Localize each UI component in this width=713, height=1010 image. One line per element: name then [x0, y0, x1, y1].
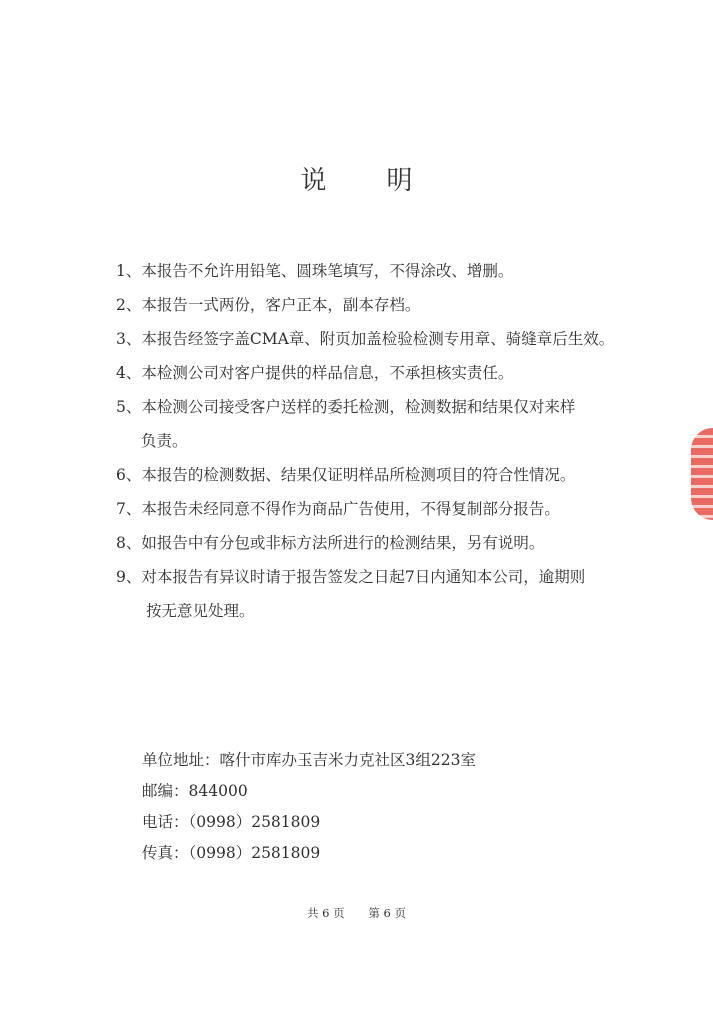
list-item: 2、本报告一式两份，客户正本，副本存档。	[116, 288, 676, 322]
notes-list: 1、本报告不允许用铅笔、圆珠笔填写，不得涂改、增删。 2、本报告一式两份，客户正…	[116, 254, 676, 628]
current-page: 第 6 页	[368, 906, 406, 920]
item-text: 本报告不允许用铅笔、圆珠笔填写，不得涂改、增删。	[141, 262, 513, 280]
contact-info: 单位地址：喀什市库办玉吉米力克社区3组223室 邮编：844000 电话：（09…	[142, 745, 476, 869]
item-text: 本报告一式两份，客户正本，副本存档。	[141, 296, 420, 314]
list-item: 9、对本报告有异议时请于报告签发之日起7日内通知本公司，逾期则 按无意见处理。	[116, 560, 676, 628]
postcode-row: 邮编：844000	[142, 776, 476, 807]
list-item: 4、本检测公司对客户提供的样品信息，不承担核实责任。	[116, 356, 676, 390]
list-item: 7、本报告未经同意不得作为商品广告使用，不得复制部分报告。	[116, 492, 676, 526]
address-row: 单位地址：喀什市库办玉吉米力克社区3组223室	[142, 745, 476, 776]
item-number: 6、	[116, 466, 141, 484]
item-text: 本报告未经同意不得作为商品广告使用，不得复制部分报告。	[141, 500, 560, 518]
item-number: 9、	[116, 568, 141, 586]
item-text: 本报告的检测数据、结果仅证明样品所检测项目的符合性情况。	[141, 466, 575, 484]
phone-value: （0998）2581809	[189, 813, 321, 831]
item-text: 对本报告有异议时请于报告签发之日起7日内通知本公司，逾期则	[141, 568, 585, 586]
title-char-2: 明	[387, 166, 473, 196]
item-number: 1、	[116, 262, 141, 280]
item-number: 4、	[116, 364, 141, 382]
item-number: 3、	[116, 330, 141, 348]
total-pages: 共 6 页	[307, 906, 345, 920]
item-number: 8、	[116, 534, 141, 552]
list-item: 6、本报告的检测数据、结果仅证明样品所检测项目的符合性情况。	[116, 458, 676, 492]
item-number: 7、	[116, 500, 141, 518]
item-number: 2、	[116, 296, 141, 314]
address-value: 喀什市库办玉吉米力克社区3组223室	[220, 751, 476, 769]
phone-label: 电话：	[142, 813, 189, 831]
title-char-1: 说	[300, 166, 386, 196]
item-text: 本检测公司接受客户送样的委托检测，检测数据和结果仅对来样	[141, 398, 575, 416]
list-item: 3、本报告经签字盖CMA章、附页加盖检验检测专用章、骑缝章后生效。	[116, 322, 676, 356]
item-number: 5、	[116, 398, 141, 416]
item-text: 如报告中有分包或非标方法所进行的检测结果，另有说明。	[141, 534, 544, 552]
item-text: 本报告经签字盖CMA章、附页加盖检验检测专用章、骑缝章后生效。	[141, 330, 614, 348]
red-seal-stamp-icon	[691, 428, 713, 520]
page-footer: 共 6 页 第 6 页	[0, 905, 713, 921]
phone-row: 电话：（0998）2581809	[142, 807, 476, 838]
item-continuation: 负责。	[116, 424, 676, 458]
item-continuation: 按无意见处理。	[116, 594, 676, 628]
fax-row: 传真：（0998）2581809	[142, 838, 476, 869]
postcode-label: 邮编：	[142, 782, 189, 800]
fax-value: （0998）2581809	[189, 844, 321, 862]
item-text: 本检测公司对客户提供的样品信息，不承担核实责任。	[141, 364, 513, 382]
fax-label: 传真：	[142, 844, 189, 862]
postcode-value: 844000	[189, 782, 248, 800]
list-item: 5、本检测公司接受客户送样的委托检测，检测数据和结果仅对来样 负责。	[116, 390, 676, 458]
page-title: 说明	[0, 160, 713, 197]
list-item: 8、如报告中有分包或非标方法所进行的检测结果，另有说明。	[116, 526, 676, 560]
list-item: 1、本报告不允许用铅笔、圆珠笔填写，不得涂改、增删。	[116, 254, 676, 288]
address-label: 单位地址：	[142, 751, 220, 769]
